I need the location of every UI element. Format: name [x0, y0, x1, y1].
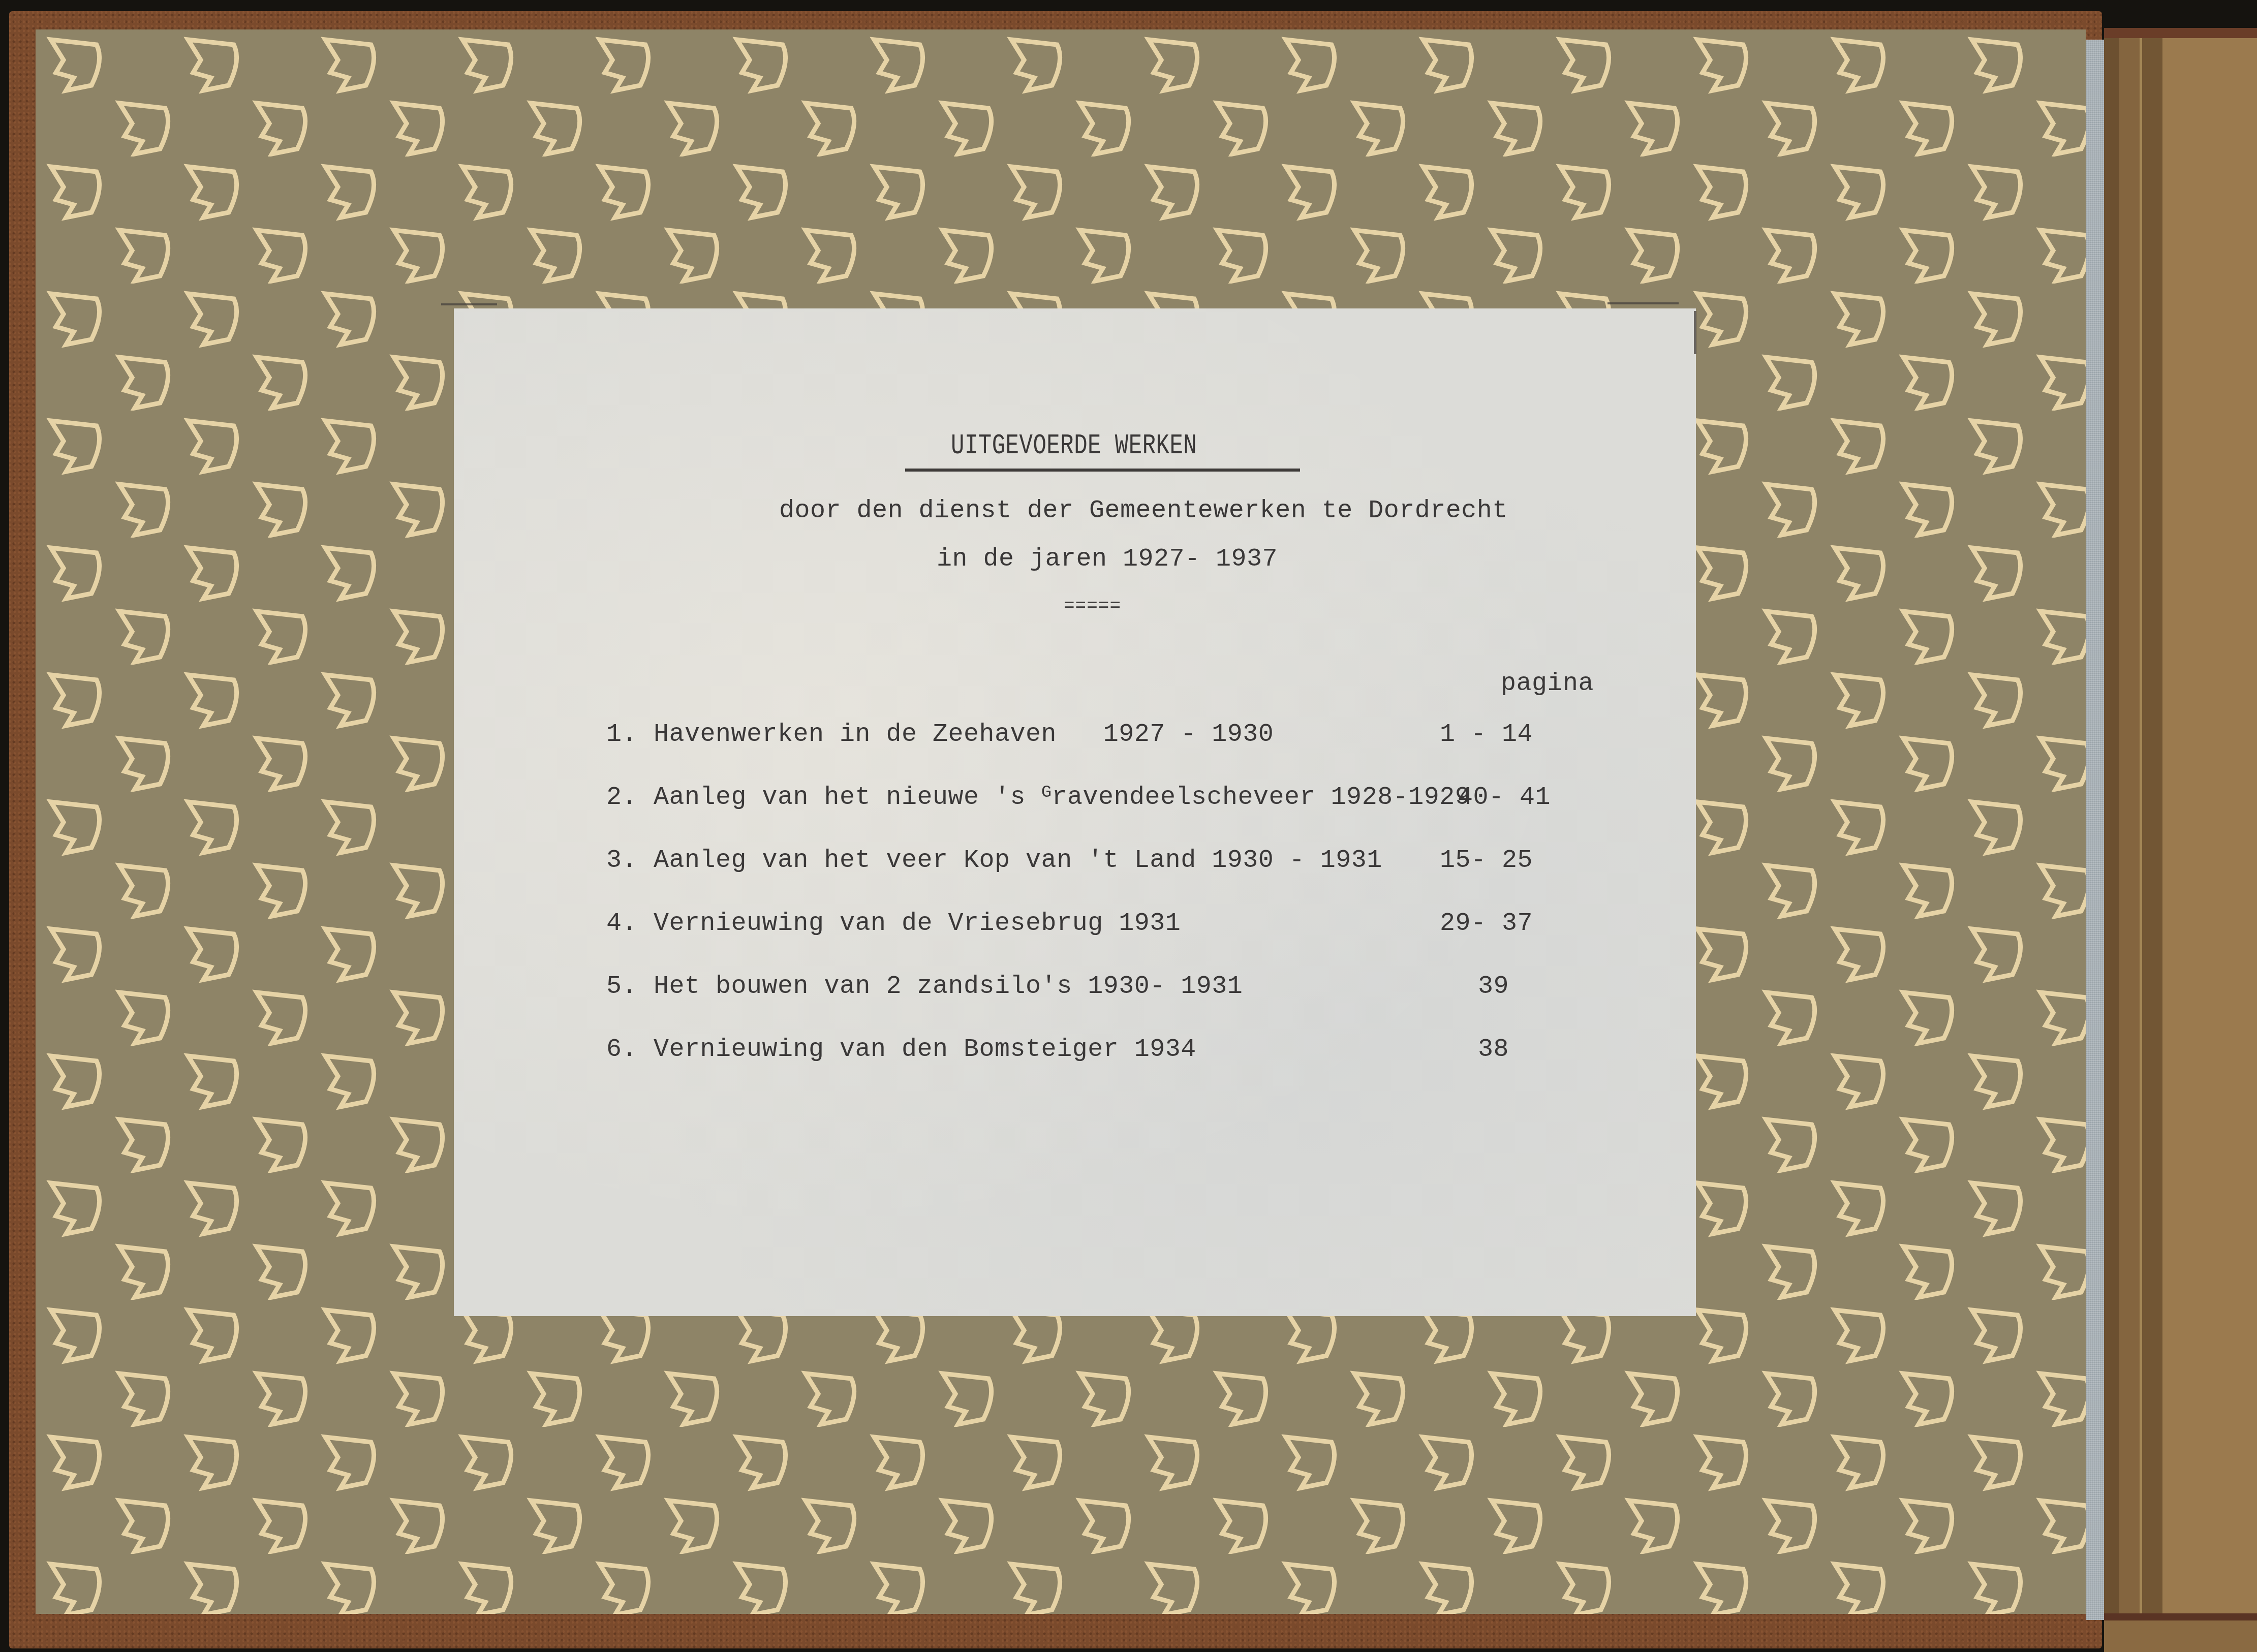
toc-entry: 2. Aanleg van het nieuwe 's Gravendeelsc… — [606, 783, 1684, 846]
toc-entry: 1. Havenwerken in de Zeehaven 1927 - 193… — [606, 720, 1684, 783]
entry-pages: 1 - 14 — [1440, 720, 1533, 749]
entry-text: Vernieuwing van den Bomsteiger 1934 — [654, 1035, 1196, 1064]
entry-text: Havenwerken in de Zeehaven 1927 - 1930 — [654, 720, 1274, 749]
cover-top-edge — [2104, 28, 2257, 39]
toc-entry: 6. Vernieuwing van den Bomsteiger 1934 3… — [606, 1035, 1684, 1098]
toc-entry: 4. Vernieuwing van de Vriesebrug 1931 29… — [606, 909, 1684, 972]
entry-text: Aanleg van het veer Kop van 't Land 1930… — [654, 846, 1382, 875]
entry-text-raised: G — [1041, 783, 1052, 802]
next-page — [2162, 38, 2257, 1613]
entry-number: 4. — [606, 909, 637, 938]
entry-text: Aanleg van het nieuwe 's Gravendeelschev… — [654, 783, 1470, 812]
separator: ===== — [1064, 596, 1121, 616]
title-underline — [905, 469, 1300, 472]
document-years: in de jaren 1927- 1937 — [937, 545, 1278, 574]
gutter-shadow — [2104, 38, 2119, 1613]
gutter-shadow-2 — [2142, 38, 2162, 1613]
pencil-corner-mark — [1607, 302, 1679, 304]
toc-entry: 3. Aanleg van het veer Kop van 't Land 1… — [606, 846, 1684, 909]
entry-text: Het bouwen van 2 zandsilo's 1930- 1931 — [654, 972, 1243, 1001]
typed-sheet: UITGEVOERDE WERKEN door den dienst der G… — [454, 308, 1696, 1316]
entry-pages: 15- 25 — [1440, 846, 1533, 875]
document-title: UITGEVOERDE WERKEN — [454, 430, 1696, 462]
entry-number: 2. — [606, 783, 637, 812]
table-of-contents: 1. Havenwerken in de Zeehaven 1927 - 193… — [606, 720, 1684, 1098]
entry-pages: 40- 41 — [1458, 783, 1551, 812]
entry-text: Vernieuwing van de Vriesebrug 1931 — [654, 909, 1181, 938]
document-subtitle: door den dienst der Gemeentewerken te Do… — [779, 496, 1508, 525]
entry-number: 5. — [606, 972, 637, 1001]
pencil-corner-mark — [441, 303, 497, 305]
entry-text-part: Aanleg van het nieuwe 's — [654, 783, 1041, 812]
page-column-header: pagina — [1501, 669, 1594, 698]
entry-text-part: ravendeelscheveer 1928-1929 — [1052, 783, 1471, 812]
entry-number: 3. — [606, 846, 637, 875]
cloth-hinge — [2086, 40, 2104, 1620]
entry-pages: 38 — [1478, 1035, 1509, 1064]
pencil-corner-mark — [1694, 311, 1696, 354]
entry-pages: 39 — [1478, 972, 1509, 1001]
entry-pages: 29- 37 — [1440, 909, 1533, 938]
gutter-fold — [2119, 38, 2140, 1613]
toc-entry: 5. Het bouwen van 2 zandsilo's 1930- 193… — [606, 972, 1684, 1035]
page-edge-block — [2104, 28, 2257, 1652]
entry-number: 6. — [606, 1035, 637, 1064]
entry-number: 1. — [606, 720, 637, 749]
cover-bottom-edge — [2104, 1613, 2257, 1620]
